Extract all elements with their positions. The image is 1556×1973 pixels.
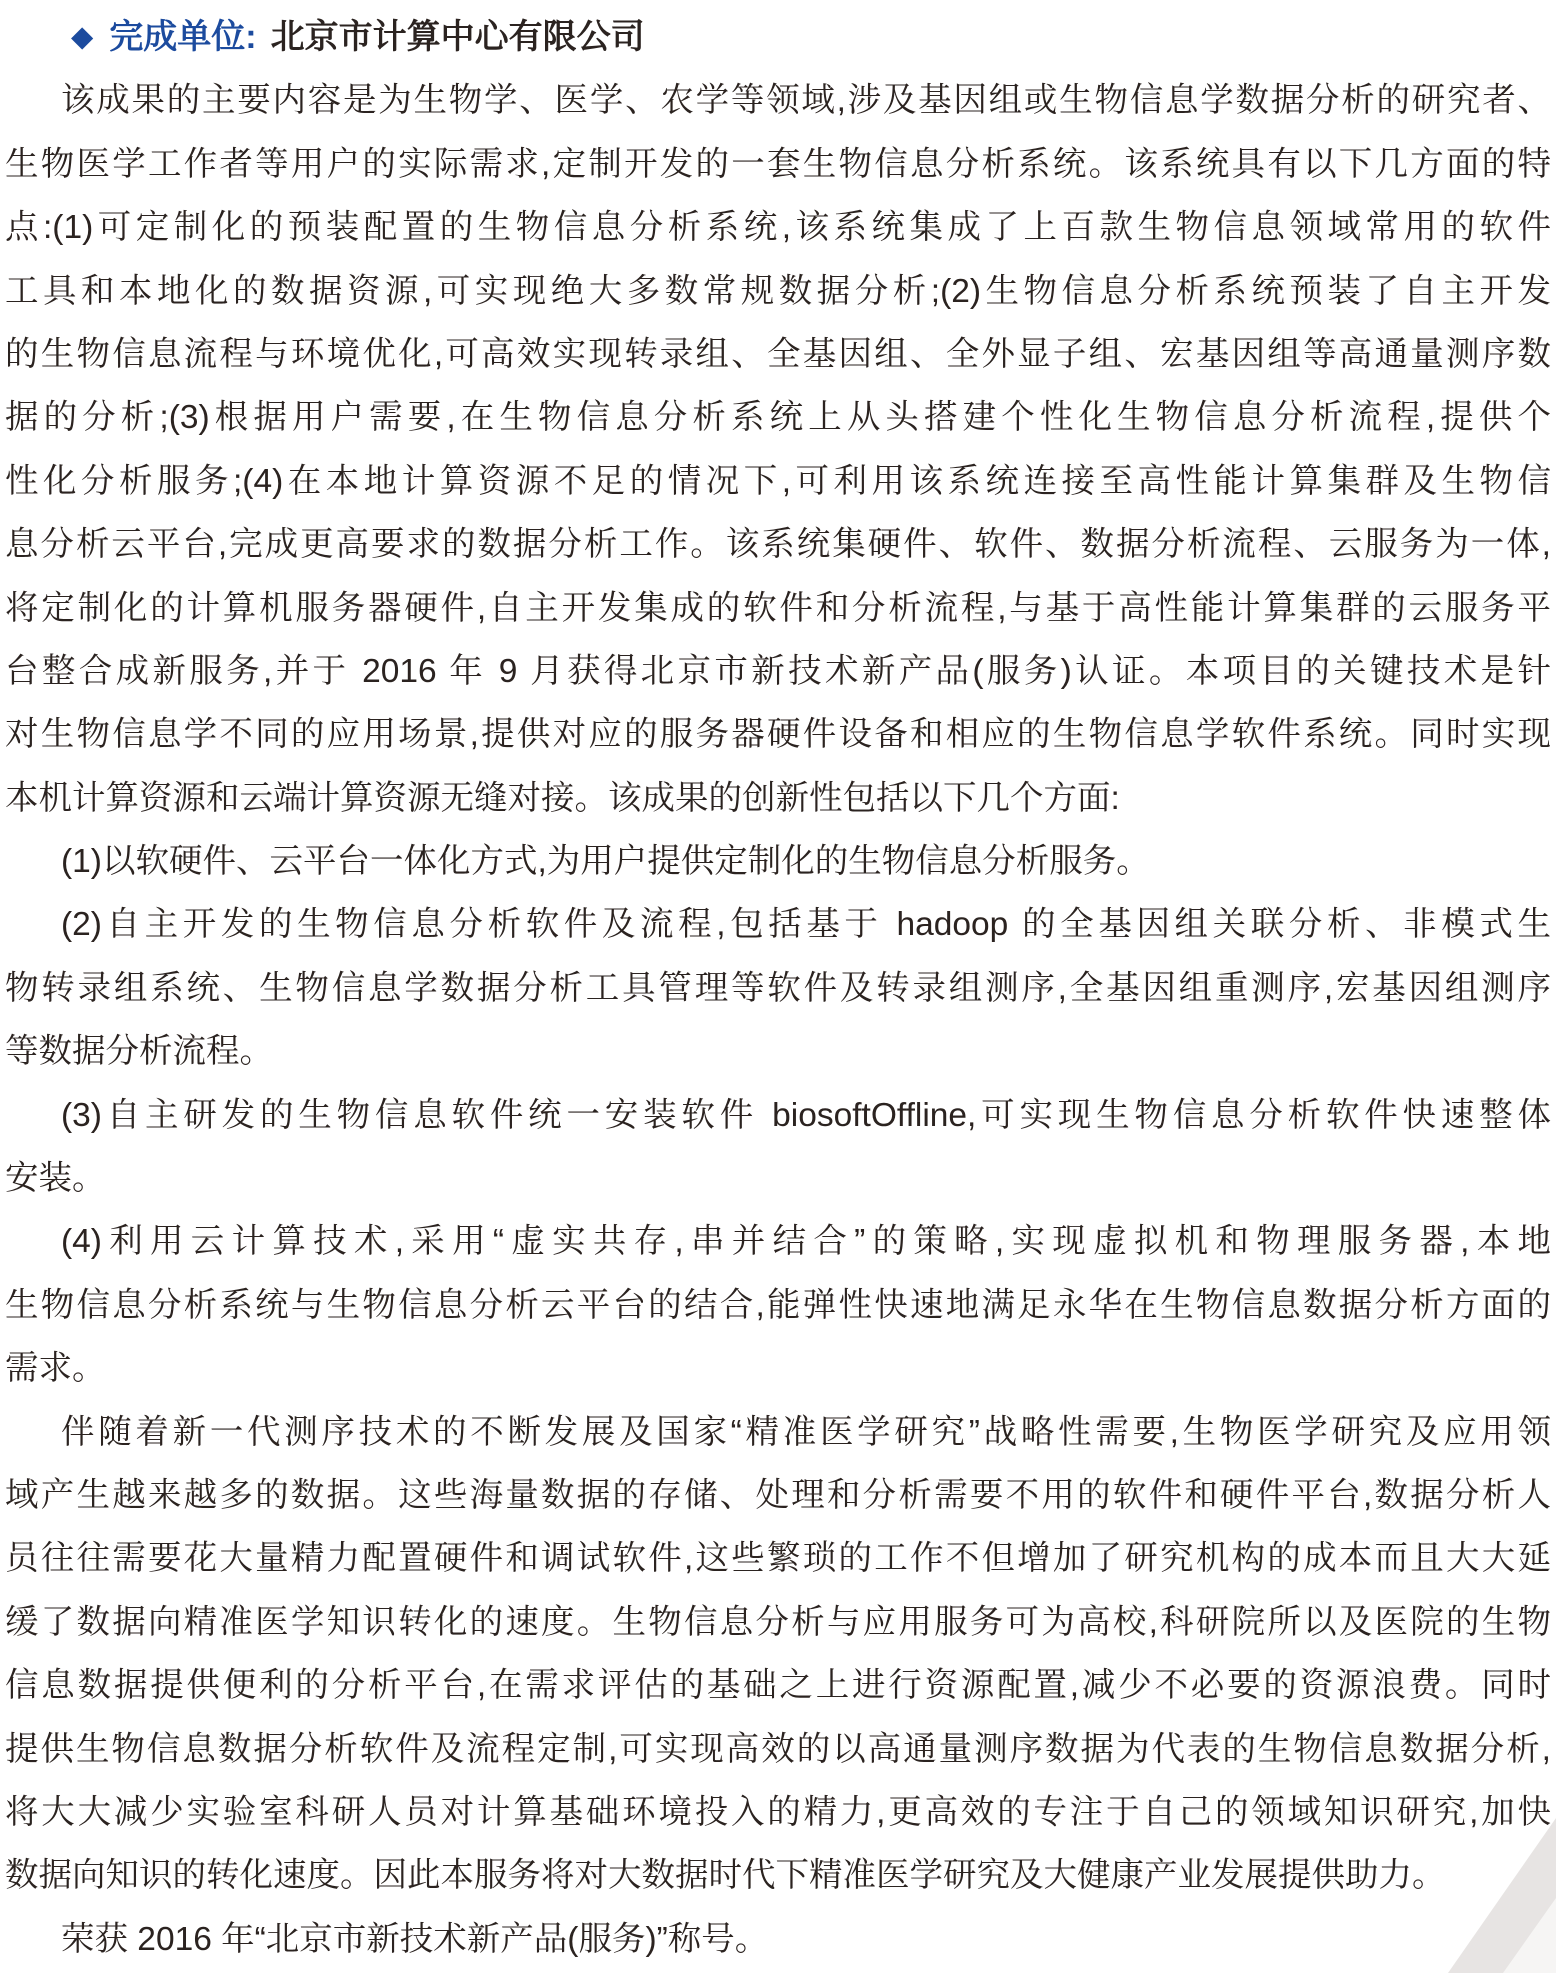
document-lines: 该成果的主要内容是为生物学、医学、农学等领域,涉及基因组或生物信息学数据分析的研… xyxy=(5,69,1551,1971)
text-line: 该成果的主要内容是为生物学、医学、农学等领域,涉及基因组或生物信息学数据分析的研… xyxy=(5,69,1551,132)
text-line: 台整合成新服务,并于 2016 年 9 月获得北京市新技术新产品(服务)认证。本… xyxy=(5,640,1551,703)
text-line: 将定制化的计算机服务器硬件,自主开发集成的软件和分析流程,与基于高性能计算集群的… xyxy=(5,577,1551,640)
diamond-bullet-icon: ◆ xyxy=(71,21,93,53)
text-line: 性化分析服务;(4)在本地计算资源不足的情况下,可利用该系统连接至高性能计算集群… xyxy=(5,450,1551,513)
text-line: (4)利用云计算技术,采用“虚实共存,串并结合”的策略,实现虚拟机和物理服务器,… xyxy=(5,1210,1551,1273)
text-line: 伴随着新一代测序技术的不断发展及国家“精准医学研究”战略性需要,生物医学研究及应… xyxy=(5,1401,1551,1464)
text-line: 工具和本地化的数据资源,可实现绝大多数常规数据分析;(2)生物信息分析系统预装了… xyxy=(5,260,1551,323)
text-line: 生物信息分析系统与生物信息分析云平台的结合,能弹性快速地满足永华在生物信息数据分… xyxy=(5,1274,1551,1337)
text-line: 数据向知识的转化速度。因此本服务将对大数据时代下精准医学研究及大健康产业发展提供… xyxy=(5,1844,1551,1907)
text-line: 点:(1)可定制化的预装配置的生物信息分析系统,该系统集成了上百款生物信息领域常… xyxy=(5,196,1551,259)
text-line: 员往往需要花大量精力配置硬件和调试软件,这些繁琐的工作不但增加了研究机构的成本而… xyxy=(5,1527,1551,1590)
text-line: 的生物信息流程与环境优化,可高效实现转录组、全基因组、全外显子组、宏基因组等高通… xyxy=(5,323,1551,386)
completion-unit-label: 完成单位: xyxy=(109,18,256,56)
text-line: 信息数据提供便利的分析平台,在需求评估的基础之上进行资源配置,减少不必要的资源浪… xyxy=(5,1654,1551,1717)
text-line: 物转录组系统、生物信息学数据分析工具管理等软件及转录组测序,全基因组重测序,宏基… xyxy=(5,957,1551,1020)
text-line: 据的分析;(3)根据用户需要,在生物信息分析系统上从头搭建个性化生物信息分析流程… xyxy=(5,386,1551,449)
text-line: 域产生越来越多的数据。这些海量数据的存储、处理和分析需要不用的软件和硬件平台,数… xyxy=(5,1464,1551,1527)
text-line: 荣获 2016 年“北京市新技术新产品(服务)”称号。 xyxy=(5,1908,1551,1971)
text-line: 将大大减少实验室科研人员对计算基础环境投入的精力,更高效的专注于自己的领域知识研… xyxy=(5,1781,1551,1844)
text-line: 对生物信息学不同的应用场景,提供对应的服务器硬件设备和相应的生物信息学软件系统。… xyxy=(5,703,1551,766)
text-line: 息分析云平台,完成更高要求的数据分析工作。该系统集硬件、软件、数据分析流程、云服… xyxy=(5,513,1551,576)
completion-unit-heading: ◆完成单位:北京市计算中心有限公司 xyxy=(5,6,1551,69)
completion-unit-value: 北京市计算中心有限公司 xyxy=(271,18,645,56)
document-body: ◆完成单位:北京市计算中心有限公司 该成果的主要内容是为生物学、医学、农学等领域… xyxy=(5,6,1551,1971)
text-line: 缓了数据向精准医学知识转化的速度。生物信息分析与应用服务可为高校,科研院所以及医… xyxy=(5,1591,1551,1654)
text-line: 安装。 xyxy=(5,1147,1551,1210)
text-line: 等数据分析流程。 xyxy=(5,1020,1551,1083)
text-line: 本机计算资源和云端计算资源无缝对接。该成果的创新性包括以下几个方面: xyxy=(5,767,1551,830)
text-line: 需求。 xyxy=(5,1337,1551,1400)
text-line: 提供生物信息数据分析软件及流程定制,可实现高效的以高通量测序数据为代表的生物信息… xyxy=(5,1718,1551,1781)
text-line: 生物医学工作者等用户的实际需求,定制开发的一套生物信息分析系统。该系统具有以下几… xyxy=(5,133,1551,196)
text-line: (1)以软硬件、云平台一体化方式,为用户提供定制化的生物信息分析服务。 xyxy=(5,830,1551,893)
text-line: (2)自主开发的生物信息分析软件及流程,包括基于 hadoop 的全基因组关联分… xyxy=(5,893,1551,956)
text-line: (3)自主研发的生物信息软件统一安装软件 biosoftOffline,可实现生… xyxy=(5,1084,1551,1147)
